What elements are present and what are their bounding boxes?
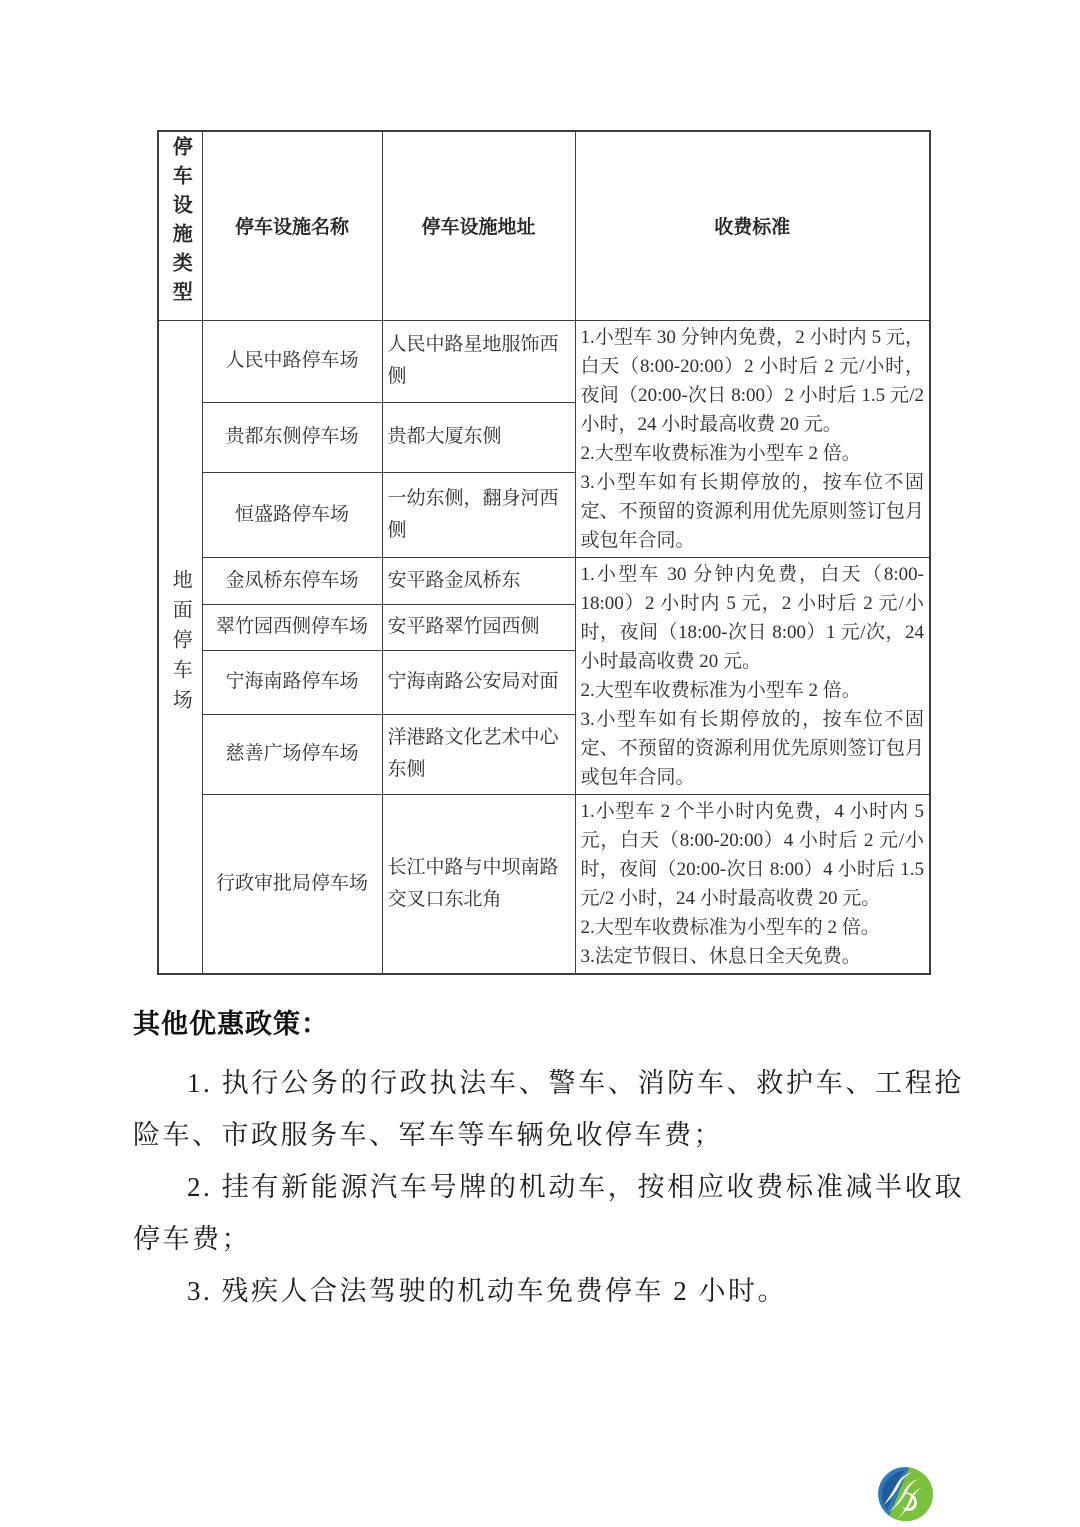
facility-name-cell: 慈善广场停车场 — [202, 714, 382, 794]
facility-address-cell: 一幼东侧，翻身河西侧 — [382, 472, 575, 557]
fee-standard-cell: 1.小型车 2 个半小时内免费，4 小时内 5 元，白天（8:00-20:00）… — [575, 794, 930, 974]
header-facility-name: 停车设施名称 — [202, 131, 382, 320]
category-label: 地面停车场 — [170, 569, 190, 719]
table-header-row: 停车设施类型 停车设施名称 停车设施地址 收费标准 — [158, 131, 930, 320]
facility-name-cell: 恒盛路停车场 — [202, 472, 382, 557]
phoenix-globe-logo-icon — [877, 1466, 933, 1522]
facility-address-cell: 人民中路星地服饰西侧 — [382, 320, 575, 403]
category-cell: 地面停车场 — [158, 320, 202, 974]
fee-item: 3.小型车如有长期停放的，按车位不固定、不预留的资源利用优先原则签订包月或包年合… — [581, 705, 925, 792]
table-row: 金凤桥东停车场 安平路金凤桥东 1.小型车 30 分钟内免费，白天（8:00-1… — [158, 557, 930, 604]
header-facility-address: 停车设施地址 — [382, 131, 575, 320]
fee-standard-cell: 1.小型车 30 分钟内免费，2 小时内 5 元，白天（8:00-20:00）2… — [575, 320, 930, 557]
table-row: 地面停车场 人民中路停车场 人民中路星地服饰西侧 1.小型车 30 分钟内免费，… — [158, 320, 930, 403]
policy-item: 3. 残疾人合法驾驶的机动车免费停车 2 小时。 — [133, 1265, 964, 1317]
header-fee-standard: 收费标准 — [575, 131, 930, 320]
fee-item: 2.大型车收费标准为小型车 2 倍。 — [581, 439, 925, 468]
facility-address-cell: 安平路金凤桥东 — [382, 557, 575, 604]
other-policies-section: 其他优惠政策： 1. 执行公务的行政执法车、警车、消防车、救护车、工程抢险车、市… — [133, 1002, 964, 1317]
table-row: 行政审批局停车场 长江中路与中坝南路交叉口东北角 1.小型车 2 个半小时内免费… — [158, 794, 930, 974]
parking-fee-table: 停车设施类型 停车设施名称 停车设施地址 收费标准 地面停车场 人民中路停车场 … — [157, 130, 931, 975]
header-facility-type: 停车设施类型 — [158, 131, 202, 320]
facility-address-cell: 宁海南路公安局对面 — [382, 650, 575, 714]
fee-item: 1.小型车 30 分钟内免费，白天（8:00-18:00）2 小时内 5 元，2… — [581, 560, 925, 676]
facility-address-cell: 贵都大厦东侧 — [382, 403, 575, 472]
facility-name-cell: 贵都东侧停车场 — [202, 403, 382, 472]
policies-heading: 其他优惠政策： — [133, 1002, 964, 1041]
fee-item: 3.小型车如有长期停放的，按车位不固定、不预留的资源利用优先原则签订包月或包年合… — [581, 468, 925, 555]
policy-item: 2. 挂有新能源汽车号牌的机动车，按相应收费标准减半收取停车费； — [133, 1161, 964, 1265]
fee-item: 2.大型车收费标准为小型车的 2 倍。 — [581, 913, 925, 942]
facility-name-cell: 行政审批局停车场 — [202, 794, 382, 974]
fee-item: 1.小型车 30 分钟内免费，2 小时内 5 元，白天（8:00-20:00）2… — [581, 323, 925, 439]
facility-address-cell: 长江中路与中坝南路交叉口东北角 — [382, 794, 575, 974]
document-page: 停车设施类型 停车设施名称 停车设施地址 收费标准 地面停车场 人民中路停车场 … — [0, 0, 1080, 1527]
fee-item: 1.小型车 2 个半小时内免费，4 小时内 5 元，白天（8:00-20:00）… — [581, 797, 925, 913]
policy-item: 1. 执行公务的行政执法车、警车、消防车、救护车、工程抢险车、市政服务车、军车等… — [133, 1057, 964, 1161]
facility-address-cell: 安平路翠竹园西侧 — [382, 604, 575, 650]
fee-item: 2.大型车收费标准为小型车 2 倍。 — [581, 676, 925, 705]
facility-name-cell: 翠竹园西侧停车场 — [202, 604, 382, 650]
fee-item: 3.法定节假日、休息日全天免费。 — [581, 942, 925, 971]
facility-address-cell: 洋港路文化艺术中心东侧 — [382, 714, 575, 794]
header-facility-type-label: 停车设施类型 — [170, 136, 190, 310]
fee-standard-cell: 1.小型车 30 分钟内免费，白天（8:00-18:00）2 小时内 5 元，2… — [575, 557, 930, 794]
facility-name-cell: 人民中路停车场 — [202, 320, 382, 403]
facility-name-cell: 宁海南路停车场 — [202, 650, 382, 714]
facility-name-cell: 金凤桥东停车场 — [202, 557, 382, 604]
